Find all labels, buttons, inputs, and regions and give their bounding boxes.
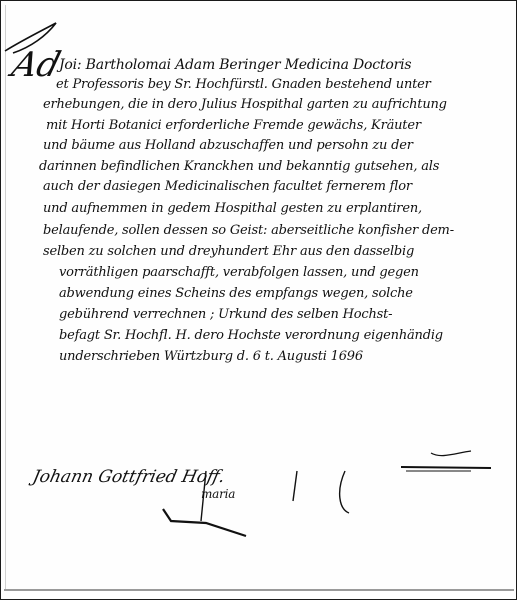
manuscript-line-14: befagt Sr. Hochfl. H. dero Hochste veror… xyxy=(59,328,443,343)
manuscript-line-15: underschrieben Würtzburg d. 6 t. Augusti… xyxy=(59,349,363,364)
manuscript-line-1: Joi: Bartholomai Adam Beringer Medicina … xyxy=(59,57,411,73)
manuscript-line-13: gebührend verrechnen ; Urkund des selben… xyxy=(59,307,392,322)
signature: Johann Gottfried Hoff. xyxy=(31,467,227,487)
manuscript-line-9: belaufende, sollen dessen so Geist: aber… xyxy=(43,223,454,238)
manuscript-line-6: darinnen befindlichen Kranckhen und beka… xyxy=(39,159,439,174)
manuscript-line-4: mit Horti Botanici erforderliche Fremde … xyxy=(46,118,421,133)
signature-subscript: maria xyxy=(201,487,235,501)
scan-edge xyxy=(5,5,6,590)
manuscript-line-10: selben zu solchen und dreyhundert Ehr au… xyxy=(43,244,414,259)
manuscript-line-11: vorräthligen paarschafft, verabfolgen la… xyxy=(59,265,419,280)
manuscript-line-7: auch der dasiegen Medicinalischen facult… xyxy=(43,179,412,194)
manuscript-line-5: und bäume aus Holland abzuschaffen und p… xyxy=(43,138,413,153)
manuscript-line-12: abwendung eines Scheins des empfangs weg… xyxy=(59,286,413,301)
document-page: Ad Joi: Bartholomai Adam Beringer Medici… xyxy=(0,0,517,600)
scan-bottom-edge xyxy=(4,589,514,591)
manuscript-line-8: und aufnemmen in gedem Hospithal gesten … xyxy=(43,201,422,216)
manuscript-line-2: et Professoris bey Sr. Hochfürstl. Gnade… xyxy=(56,77,431,92)
manuscript-line-3: erhebungen, die in dero Julius Hospithal… xyxy=(43,97,447,112)
